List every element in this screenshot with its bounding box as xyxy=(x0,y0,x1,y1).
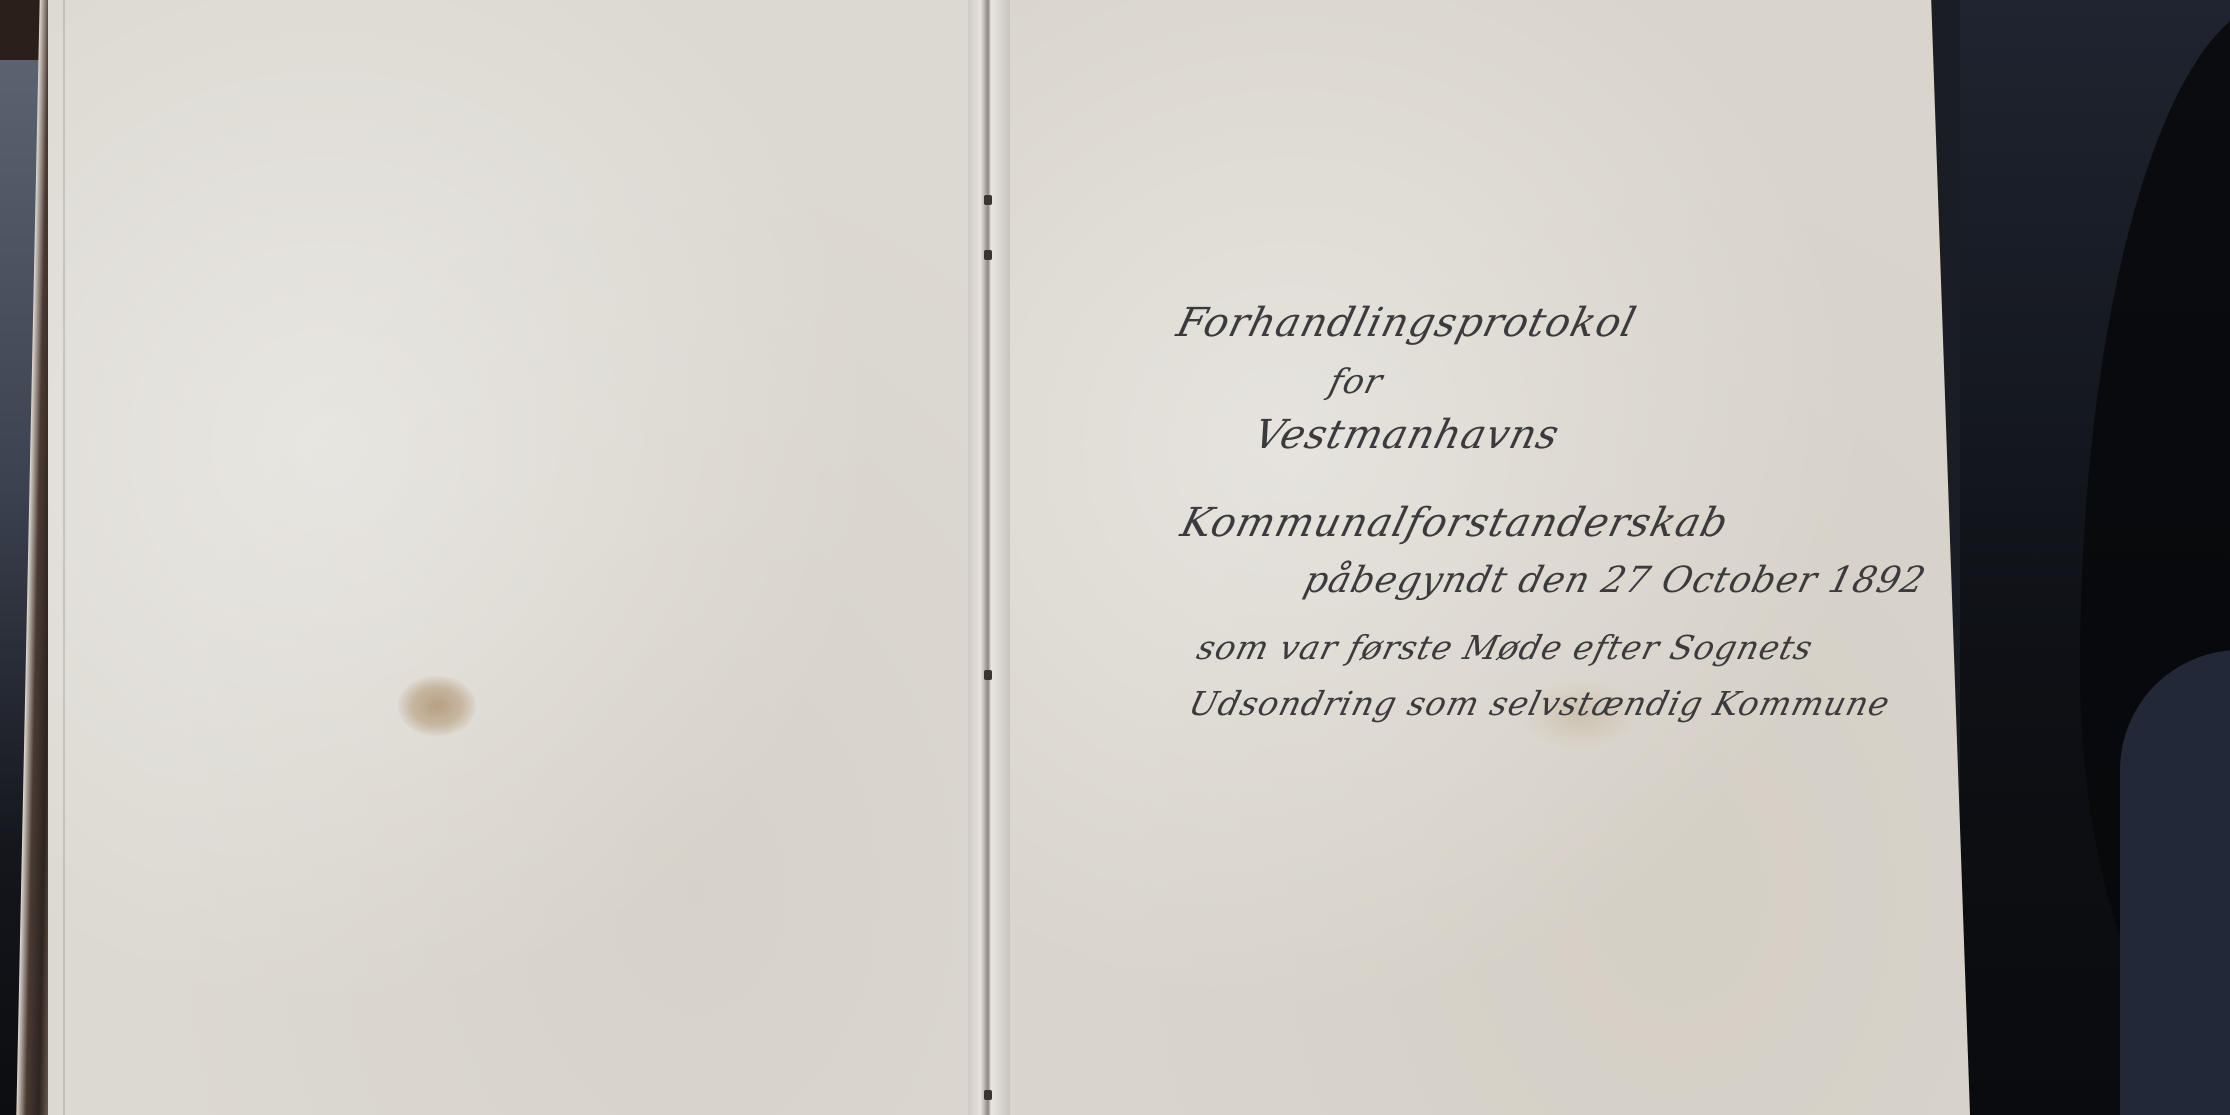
binding-stitch xyxy=(984,195,992,205)
binding-stitch xyxy=(984,250,992,260)
binding-stitch xyxy=(984,1090,992,1100)
left-page-fold-line xyxy=(63,0,65,1115)
title-line-7: Udsondring som selvstændig Kommune xyxy=(1185,684,1894,723)
stain-spot xyxy=(398,676,476,736)
title-line-1: Forhandlingsprotokol xyxy=(1172,300,1641,346)
title-line-5-date: påbegyndt den 27 October 1892 xyxy=(1300,560,1930,601)
title-line-6: som var første Møde efter Sognets xyxy=(1193,628,1817,667)
left-page xyxy=(48,0,976,1115)
title-line-3: Vestmanhavns xyxy=(1249,412,1564,458)
title-line-4: Kommunalforstanderskab xyxy=(1176,500,1733,546)
book-spine-gutter xyxy=(968,0,1010,1115)
background-fabric-lower-right xyxy=(2120,650,2230,1115)
binding-stitch xyxy=(984,670,992,680)
right-page xyxy=(1000,0,1970,1115)
title-line-2: for xyxy=(1325,362,1387,402)
